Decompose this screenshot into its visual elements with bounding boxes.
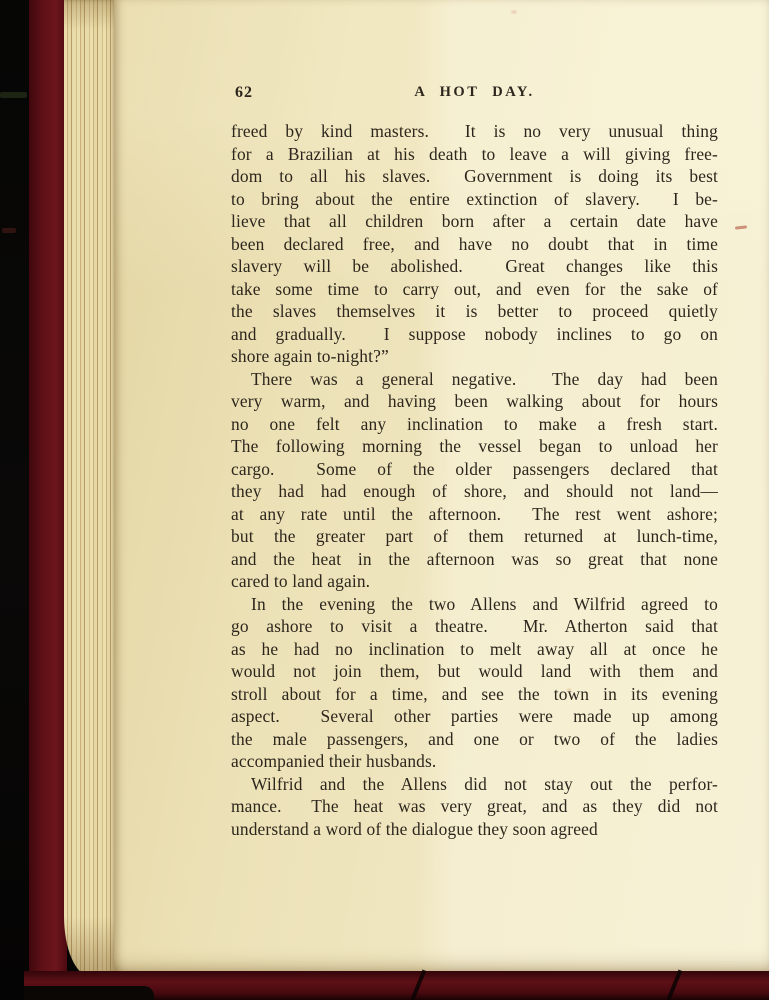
text-line: the slaves themselves it is better to pr…	[231, 300, 718, 323]
paragraph: Wilfrid and the Allens did not stay out …	[231, 773, 718, 841]
running-header-title: A HOT DAY.	[231, 84, 718, 101]
text-line: the male passengers, and one or two of t…	[231, 728, 718, 751]
text-line: would not join them, but would land with…	[231, 660, 718, 683]
text-line: dom to all his slaves. Government is doi…	[231, 165, 718, 188]
text-line: mance. The heat was very great, and as t…	[231, 795, 718, 818]
text-line: cargo. Some of the older passengers decl…	[231, 458, 718, 481]
book-cover-bottom	[24, 971, 769, 1000]
spine-mark	[2, 228, 16, 233]
text-line: lieve that all children born after a cer…	[231, 210, 718, 233]
text-line: cared to land again.	[231, 570, 718, 593]
text-line: as he had no inclination to melt away al…	[231, 638, 718, 661]
page-body: freed by kind masters. It is no very unu…	[231, 120, 718, 840]
text-line: Wilfrid and the Allens did not stay out …	[231, 773, 718, 796]
text-line: stroll about for a time, and see the tow…	[231, 683, 718, 706]
running-head: 62 A HOT DAY.	[231, 84, 718, 104]
spine-mark	[0, 92, 27, 98]
text-line: understand a word of the dialogue they s…	[231, 818, 718, 841]
text-line: accompanied their husbands.	[231, 750, 718, 773]
text-line: shore again to-night?”	[231, 345, 718, 368]
text-line: been declared free, and have no doubt th…	[231, 233, 718, 256]
text-line: aspect. Several other parties were made …	[231, 705, 718, 728]
text-line: take some time to carry out, and even fo…	[231, 278, 718, 301]
cover-seam	[410, 969, 426, 1000]
text-line: at any rate until the afternoon. The res…	[231, 503, 718, 526]
book-scan: 62 A HOT DAY. freed by kind masters. It …	[0, 0, 769, 1000]
text-line: In the evening the two Allens and Wilfri…	[231, 593, 718, 616]
text-line: go ashore to visit a theatre. Mr. Athert…	[231, 615, 718, 638]
text-line: but the greater part of them returned at…	[231, 525, 718, 548]
text-line: for a Brazilian at his death to leave a …	[231, 143, 718, 166]
paragraph: In the evening the two Allens and Wilfri…	[231, 593, 718, 773]
page-edge-stack	[64, 0, 116, 976]
paragraph: freed by kind masters. It is no very unu…	[231, 120, 718, 368]
cover-seam	[666, 969, 682, 1000]
text-line: very warm, and having been walking about…	[231, 390, 718, 413]
text-line: and gradually. I suppose nobody inclines…	[231, 323, 718, 346]
text-line: no one felt any inclination to make a fr…	[231, 413, 718, 436]
text-line: There was a general negative. The day ha…	[231, 368, 718, 391]
book-cover-left	[29, 0, 67, 1000]
paragraph: There was a general negative. The day ha…	[231, 368, 718, 593]
text-line: freed by kind masters. It is no very unu…	[231, 120, 718, 143]
cover-corner-shadow	[24, 986, 154, 1000]
text-line: they had had enough of shore, and should…	[231, 480, 718, 503]
text-line: slavery will be abolished. Great changes…	[231, 255, 718, 278]
text-line: and the heat in the afternoon was so gre…	[231, 548, 718, 571]
text-line: The following morning the vessel began t…	[231, 435, 718, 458]
text-line: to bring about the entire extinction of …	[231, 188, 718, 211]
